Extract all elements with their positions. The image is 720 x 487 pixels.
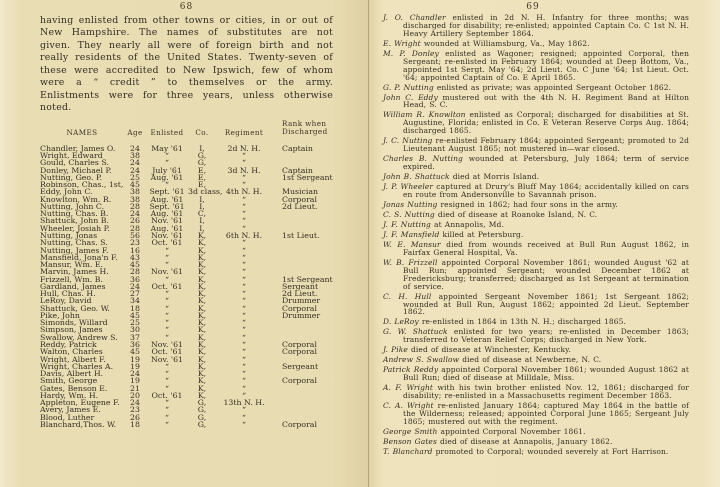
header-names: NAMES (40, 128, 124, 137)
biography-entry: G. W. Shattuck enlisted for two years; r… (383, 328, 689, 344)
page-left: 68 having enlisted from other towns or c… (0, 0, 368, 487)
cell-name: Blanchard,Thos. W. (40, 421, 124, 428)
biography-entry: Benson Gates died of disease at Annapoli… (383, 438, 689, 446)
entry-text: with his twin brother enlisted Nov. 12, … (403, 383, 689, 400)
entry-person-name: D. LeRoy (383, 317, 422, 326)
page-right: 69 J. O. Chandler enlisted in 2d N. H. I… (369, 0, 720, 487)
entry-text: re-enlisted February 1864; appointed Ser… (403, 136, 689, 153)
entry-text: died of disease at Roanoke Island, N. C. (438, 210, 597, 219)
entry-person-name: G. P. Nutting (383, 83, 437, 92)
entry-text: killed at Petersburg. (442, 230, 523, 239)
roster-row: Blanchard,Thos. W.18“G,“Corporal (40, 421, 334, 428)
cell-rank (272, 247, 334, 254)
biography-entry: W. E. Mansur died from wounds received a… (383, 241, 689, 257)
entry-text: appointed Corporal November 1861; wounde… (403, 365, 689, 382)
cell-age: 18 (124, 421, 146, 428)
entry-person-name: T. Blanchard (383, 447, 436, 456)
cell-rank: Captain (272, 145, 334, 152)
entry-person-name: J. F. Mansfield (383, 230, 442, 239)
cell-rank (272, 210, 334, 217)
biography-entry: T. Blanchard promoted to Corporal; wound… (383, 448, 689, 456)
cell-rank: Sergeant (272, 363, 334, 370)
biography-entry: William R. Knowlton enlisted as Corporal… (383, 111, 689, 135)
entry-text: enlisted as Wagoner; resigned; appointed… (403, 49, 689, 82)
biography-entry: M. P. Donley enlisted as Wagoner; resign… (383, 50, 689, 82)
cell-rank (272, 254, 334, 261)
entry-text: re-enlisted January 1864; captured May 1… (403, 401, 689, 426)
book-spread: 68 having enlisted from other towns or c… (0, 0, 720, 487)
entry-text: died of disease at Annapolis, January 18… (440, 437, 612, 446)
biography-entry: John B. Shattuck died at Morris Island. (383, 173, 689, 181)
page-number-left: 68 (40, 2, 333, 12)
entry-text: appointed Sergeant November 1861; 1st Se… (403, 292, 689, 317)
entry-person-name: Andrew S. Swallow (383, 355, 462, 364)
cell-rank (272, 326, 334, 333)
entry-person-name: Benson Gates (383, 437, 440, 446)
entry-text: re-enlisted in 1864 in 13th N. H.; disch… (422, 317, 626, 326)
entry-text: died from wounds received at Bull Run Au… (403, 240, 689, 257)
biography-entry: J. C. Nutting re-enlisted February 1864;… (383, 137, 689, 153)
biography-entries: J. O. Chandler enlisted in 2d N. H. Infa… (383, 14, 689, 458)
page-gutter-divider (368, 0, 369, 487)
entry-text: died of disease at Winchester, Kentucky. (411, 345, 571, 354)
cell-rank (272, 392, 334, 399)
entry-person-name: John B. Shattuck (383, 172, 453, 181)
entry-text: appointed Corporal November 1861. (441, 427, 586, 436)
roster-table: NAMES Age Enlisted Co. Regiment Rank whe… (40, 120, 334, 428)
header-rank: Rank when Discharged (272, 120, 334, 137)
biography-entry: J. O. Chandler enlisted in 2d N. H. Infa… (383, 14, 689, 38)
entry-person-name: E. Wright (383, 39, 424, 48)
cell-rank: Corporal (272, 421, 334, 428)
biography-entry: Andrew S. Swallow died of disease at New… (383, 356, 689, 364)
entry-person-name: Jonas Nutting (383, 200, 441, 209)
entry-text: died of disease at Newberne, N. C. (462, 355, 601, 364)
header-co: Co. (188, 128, 216, 137)
biography-entry: Patrick Reddy appointed Corporal Novembe… (383, 366, 689, 382)
cell-rank (272, 319, 334, 326)
entry-text: wounded at Williamsburg, Va., May 1862. (424, 39, 590, 48)
cell-rank (272, 152, 334, 159)
biography-entry: D. LeRoy re-enlisted in 1864 in 13th N. … (383, 318, 689, 326)
cell-rank (272, 399, 334, 406)
biography-entry: C. A. Wright re-enlisted January 1864; c… (383, 402, 689, 426)
entry-text: died at Morris Island. (453, 172, 539, 181)
entry-text: captured at Drury's Bluff May 1864; acci… (403, 182, 689, 199)
cell-rank: 1st Sergeant (272, 174, 334, 181)
cell-rank (272, 406, 334, 413)
cell-rank: 2d Lieut. (272, 203, 334, 210)
cell-rank (272, 385, 334, 392)
biography-entry: J. F. Mansfield killed at Petersburg. (383, 231, 689, 239)
biography-entry: John C. Eddy mustered out with the 4th N… (383, 94, 689, 110)
roster-header: NAMES Age Enlisted Co. Regiment Rank whe… (40, 120, 334, 137)
biography-entry: C. H. Hull appointed Sergeant November 1… (383, 293, 689, 317)
cell-regiment: “ (216, 421, 272, 428)
cell-rank: 1st Lieut. (272, 232, 334, 239)
entry-text: mustered out with the 4th N. H. Regiment… (403, 93, 689, 110)
entry-person-name: C. S. Nutting (383, 210, 438, 219)
cell-rank: Corporal (272, 348, 334, 355)
cell-rank (272, 239, 334, 246)
entry-person-name: J. Pike (383, 345, 411, 354)
cell-co: G, (188, 421, 216, 428)
header-enlisted: Enlisted (146, 128, 188, 137)
biography-entry: Charles B. Nutting wounded at Petersburg… (383, 155, 689, 171)
cell-rank (272, 261, 334, 268)
biography-entry: J. Pike died of disease at Winchester, K… (383, 346, 689, 354)
biography-entry: Jonas Nutting resigned in 1862; had four… (383, 201, 689, 209)
entry-text: at Annapolis, Md. (434, 220, 504, 229)
entry-text: resigned in 1862; had four sons in the a… (441, 200, 618, 209)
cell-rank: Corporal (272, 377, 334, 384)
header-regiment: Regiment (216, 128, 272, 137)
intro-paragraph: having enlisted from other towns or citi… (40, 15, 333, 115)
cell-enlisted: “ (146, 421, 188, 428)
biography-entry: A. F. Wright with his twin brother enlis… (383, 384, 689, 400)
page-number-right: 69 (383, 2, 683, 12)
biography-entry: W. B. Frizzell appointed Corporal Novemb… (383, 259, 689, 291)
biography-entry: J. P. Wheeler captured at Drury's Bluff … (383, 183, 689, 199)
header-age: Age (124, 128, 146, 137)
cell-rank: Drummer (272, 312, 334, 319)
cell-rank (272, 217, 334, 224)
entry-person-name: J. F. Nutting (383, 220, 434, 229)
biography-entry: G. P. Nutting enlisted as private; was a… (383, 84, 689, 92)
roster-body: Chandler, James O.24May '61I,2d N. H.Cap… (40, 145, 334, 428)
entry-text: promoted to Corporal; wounded severely a… (436, 447, 669, 456)
biography-entry: George Smith appointed Corporal November… (383, 428, 689, 436)
entry-person-name: George Smith (383, 427, 441, 436)
entry-text: appointed Corporal November 1861; wounde… (403, 258, 689, 291)
biography-entry: E. Wright wounded at Williamsburg, Va., … (383, 40, 689, 48)
biography-entry: C. S. Nutting died of disease at Roanoke… (383, 211, 689, 219)
biography-entry: J. F. Nutting at Annapolis, Md. (383, 221, 689, 229)
entry-text: enlisted as private; was appointed Serge… (437, 83, 671, 92)
